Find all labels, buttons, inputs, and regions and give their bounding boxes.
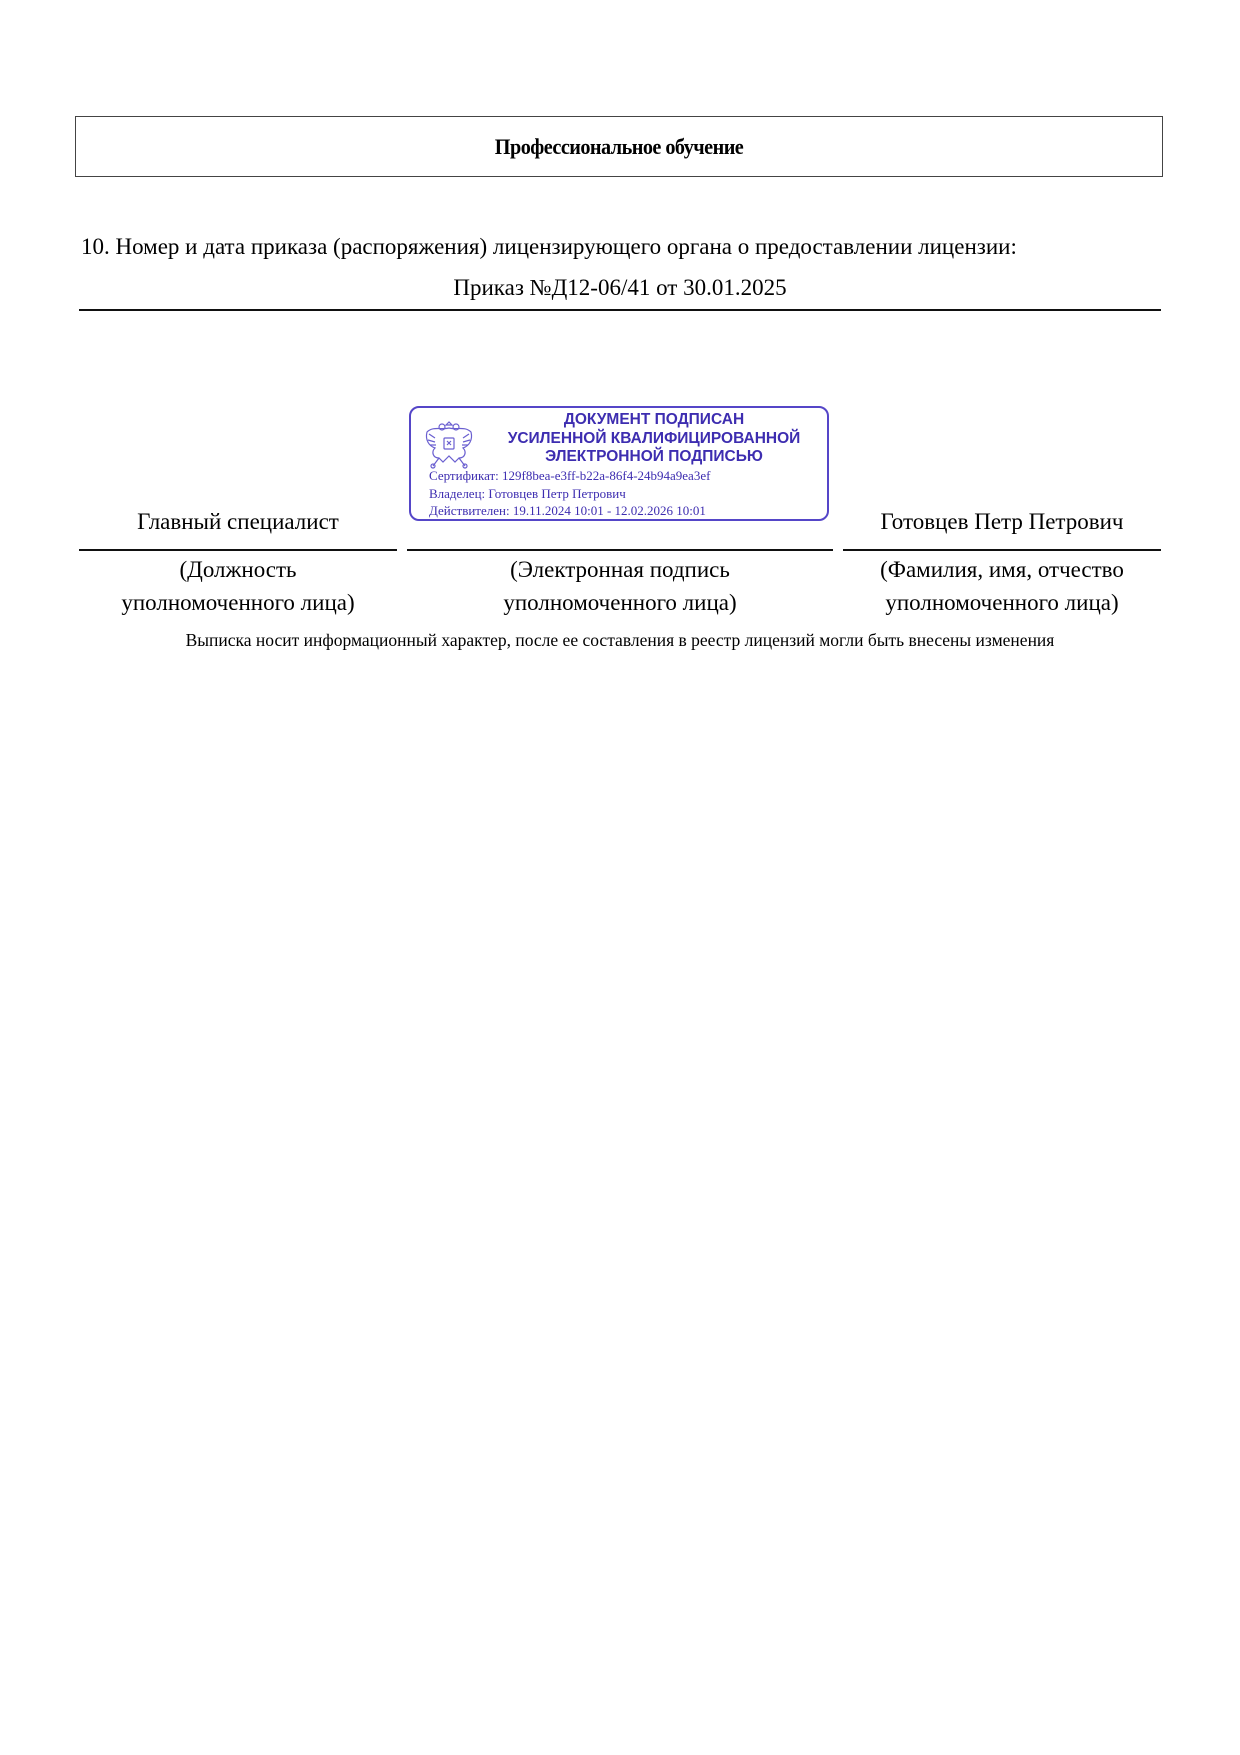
- stamp-owner: Владелец: Готовцев Петр Петрович: [429, 486, 626, 502]
- item-10-value: Приказ №Д12-06/41 от 30.01.2025: [79, 275, 1161, 301]
- stamp-heading-line-3: ЭЛЕКТРОННОЙ ПОДПИСЬЮ: [481, 448, 827, 467]
- signature-underline: [407, 549, 833, 551]
- stamp-heading-line-2: УСИЛЕННОЙ КВАЛИФИЦИРОВАННОЙ: [481, 430, 827, 449]
- name-caption-line-2: уполномоченного лица): [843, 586, 1161, 619]
- item-10-underline: [79, 309, 1161, 311]
- stamp-heading: ДОКУМЕНТ ПОДПИСАН УСИЛЕННОЙ КВАЛИФИЦИРОВ…: [481, 411, 827, 467]
- position-caption-line-2: уполномоченного лица): [79, 586, 397, 619]
- signature-caption: (Электронная подпись уполномоченного лиц…: [407, 553, 833, 619]
- signature-caption-line-2: уполномоченного лица): [407, 586, 833, 619]
- item-10-label: 10. Номер и дата приказа (распоряжения) …: [81, 234, 1017, 260]
- name-caption-line-1: (Фамилия, имя, отчество: [843, 553, 1161, 586]
- stamp-validity: Действителен: 19.11.2024 10:01 - 12.02.2…: [429, 503, 706, 519]
- stamp-heading-line-1: ДОКУМЕНТ ПОДПИСАН: [481, 411, 827, 430]
- signer-position: Главный специалист: [79, 509, 397, 535]
- footer-note: Выписка носит информационный характер, п…: [79, 630, 1161, 651]
- activity-title: Профессиональное обучение: [495, 134, 743, 160]
- position-underline: [79, 549, 397, 551]
- position-caption: (Должность уполномоченного лица): [79, 553, 397, 619]
- position-caption-line-1: (Должность: [79, 553, 397, 586]
- name-underline: [843, 549, 1161, 551]
- signature-caption-line-1: (Электронная подпись: [407, 553, 833, 586]
- stamp-certificate: Сертификат: 129f8bea-e3ff-b22a-86f4-24b9…: [429, 468, 710, 484]
- signer-name: Готовцев Петр Петрович: [843, 509, 1161, 535]
- electronic-signature-stamp: ДОКУМЕНТ ПОДПИСАН УСИЛЕННОЙ КВАЛИФИЦИРОВ…: [409, 406, 829, 521]
- name-caption: (Фамилия, имя, отчество уполномоченного …: [843, 553, 1161, 619]
- activity-header-box: Профессиональное обучение: [75, 116, 1163, 177]
- russian-coat-of-arms-icon: [421, 416, 477, 470]
